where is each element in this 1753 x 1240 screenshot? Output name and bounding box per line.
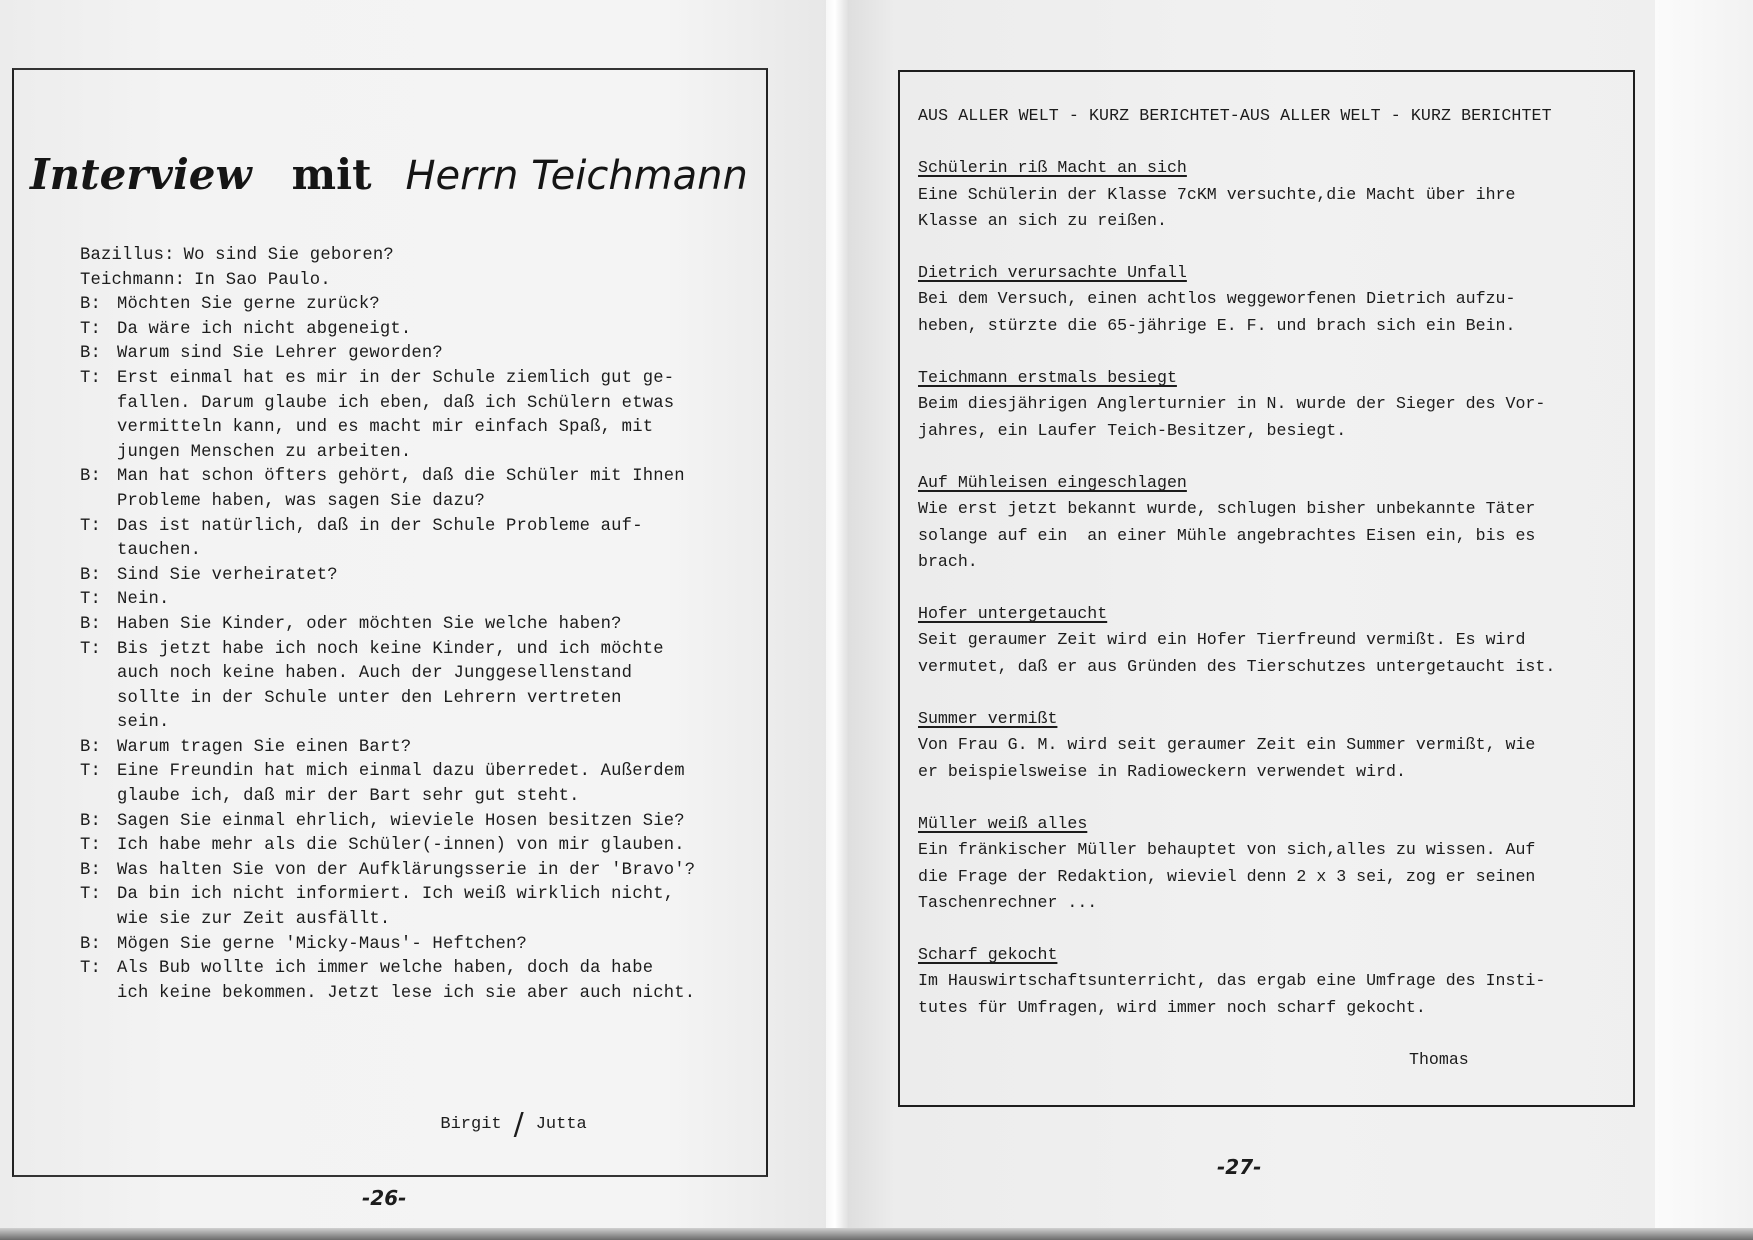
interview-signature: Birgit/Jutta <box>420 1082 587 1136</box>
speaker-label: T: <box>80 318 117 343</box>
speaker-text: Wo sind Sie geboren? <box>184 244 760 269</box>
speaker-label: T: <box>80 638 117 736</box>
speaker-text: In Sao Paulo. <box>194 269 760 294</box>
speaker-text: Das ist natürlich, daß in der Schule Pro… <box>117 515 760 564</box>
news-item: Schülerin riß Macht an sichEine Schüleri… <box>918 155 1618 234</box>
news-item: Scharf gekochtIm Hauswirtschaftsunterric… <box>918 942 1618 1021</box>
interview-line: B:Sind Sie verheiratet? <box>80 564 760 589</box>
speaker-text: Nein. <box>117 588 760 613</box>
interview-line: B:Warum tragen Sie einen Bart? <box>80 736 760 761</box>
speaker-text: Sind Sie verheiratet? <box>117 564 760 589</box>
speaker-label: Bazillus: <box>80 244 175 269</box>
speaker-text: Man hat schon öfters gehört, daß die Sch… <box>117 465 760 514</box>
interview-line: T:Da bin ich nicht informiert. Ich weiß … <box>80 883 760 932</box>
interview-line: Teichmann:In Sao Paulo. <box>80 269 760 294</box>
speaker-text: Eine Freundin hat mich einmal dazu überr… <box>117 760 760 809</box>
speaker-text: Sagen Sie einmal ehrlich, wieviele Hosen… <box>117 810 760 835</box>
news-banner: AUS ALLER WELT - KURZ BERICHTET-AUS ALLE… <box>918 103 1618 129</box>
interview-line: T:Ich habe mehr als die Schüler(-innen) … <box>80 834 760 859</box>
speaker-label: B: <box>80 342 117 367</box>
page-edge <box>1655 0 1753 1240</box>
interview-line: B:Man hat schon öfters gehört, daß die S… <box>80 465 760 514</box>
page-number-left: -26- <box>362 1186 406 1210</box>
speaker-label: T: <box>80 588 117 613</box>
speaker-text: Möchten Sie gerne zurück? <box>117 293 760 318</box>
speaker-text: Mögen Sie gerne 'Micky-Maus'- Heftchen? <box>117 933 760 958</box>
page-number-right: -27- <box>1217 1155 1261 1179</box>
news-item: Summer vermißtVon Frau G. M. wird seit g… <box>918 706 1618 785</box>
news-headline: Scharf gekocht <box>918 942 1057 968</box>
speaker-text: Ich habe mehr als die Schüler(-innen) vo… <box>117 834 760 859</box>
speaker-label: Teichmann: <box>80 269 185 294</box>
speaker-text: Warum sind Sie Lehrer geworden? <box>117 342 760 367</box>
news-body: Bei dem Versuch, einen achtlos weggeworf… <box>918 286 1618 339</box>
speaker-text: Da bin ich nicht informiert. Ich weiß wi… <box>117 883 760 932</box>
news-headline: Auf Mühleisen eingeschlagen <box>918 470 1187 496</box>
speaker-text: Als Bub wollte ich immer welche haben, d… <box>117 957 760 1006</box>
speaker-label: B: <box>80 465 117 514</box>
news-item: Müller weiß allesEin fränkischer Müller … <box>918 811 1618 916</box>
speaker-label: T: <box>80 883 117 932</box>
interview-line: T:Eine Freundin hat mich einmal dazu übe… <box>80 760 760 809</box>
interview-line: B:Was halten Sie von der Aufklärungsseri… <box>80 859 760 884</box>
signature-author-1: Birgit <box>440 1115 501 1134</box>
news-headline: Teichmann erstmals besiegt <box>918 365 1177 391</box>
speaker-text: Was halten Sie von der Aufklärungsserie … <box>117 859 760 884</box>
speaker-label: B: <box>80 810 117 835</box>
speaker-text: Haben Sie Kinder, oder möchten Sie welch… <box>117 613 760 638</box>
interview-line: T:Nein. <box>80 588 760 613</box>
interview-line: B:Sagen Sie einmal ehrlich, wieviele Hos… <box>80 810 760 835</box>
news-headline: Müller weiß alles <box>918 811 1087 837</box>
title-handwritten-name: Herrn Teichmann <box>405 153 747 199</box>
news-column: AUS ALLER WELT - KURZ BERICHTET-AUS ALLE… <box>918 103 1618 1047</box>
speaker-label: B: <box>80 933 117 958</box>
speaker-label: B: <box>80 613 117 638</box>
interview-line: T:Erst einmal hat es mir in der Schule z… <box>80 367 760 465</box>
news-body: Von Frau G. M. wird seit geraumer Zeit e… <box>918 732 1618 785</box>
book-bottom-edge <box>0 1228 1753 1240</box>
news-headline: Dietrich verursachte Unfall <box>918 260 1187 286</box>
speaker-text: Warum tragen Sie einen Bart? <box>117 736 760 761</box>
news-body: Beim diesjährigen Anglerturnier in N. wu… <box>918 391 1618 444</box>
interview-line: T:Da wäre ich nicht abgeneigt. <box>80 318 760 343</box>
speaker-label: T: <box>80 367 117 465</box>
interview-line: T:Das ist natürlich, daß in der Schule P… <box>80 515 760 564</box>
speaker-label: B: <box>80 293 117 318</box>
news-headline: Schülerin riß Macht an sich <box>918 155 1187 181</box>
interview-line: B:Mögen Sie gerne 'Micky-Maus'- Heftchen… <box>80 933 760 958</box>
interview-line: Bazillus:Wo sind Sie geboren? <box>80 244 760 269</box>
news-item: Hofer untergetauchtSeit geraumer Zeit wi… <box>918 601 1618 680</box>
interview-line: B:Möchten Sie gerne zurück? <box>80 293 760 318</box>
news-body: Ein fränkischer Müller behauptet von sic… <box>918 837 1618 916</box>
news-body: Wie erst jetzt bekannt wurde, schlugen b… <box>918 496 1618 575</box>
interview-line: B:Warum sind Sie Lehrer geworden? <box>80 342 760 367</box>
speaker-label: B: <box>80 859 117 884</box>
speaker-text: Bis jetzt habe ich noch keine Kinder, un… <box>117 638 760 736</box>
speaker-text: Erst einmal hat es mir in der Schule zie… <box>117 367 760 465</box>
news-author: Thomas <box>1409 1047 1469 1073</box>
speaker-label: T: <box>80 515 117 564</box>
news-headline: Hofer untergetaucht <box>918 601 1107 627</box>
book-gutter <box>826 0 848 1240</box>
news-body: Seit geraumer Zeit wird ein Hofer Tierfr… <box>918 627 1618 680</box>
speaker-label: B: <box>80 564 117 589</box>
speaker-label: T: <box>80 834 117 859</box>
speaker-label: T: <box>80 957 117 1006</box>
signature-author-2: Jutta <box>536 1115 587 1134</box>
news-items: Schülerin riß Macht an sichEine Schüleri… <box>918 155 1618 1021</box>
speaker-label: T: <box>80 760 117 809</box>
interview-line: B:Haben Sie Kinder, oder möchten Sie wel… <box>80 613 760 638</box>
news-body: Im Hauswirtschaftsunterricht, das ergab … <box>918 968 1618 1021</box>
news-headline: Summer vermißt <box>918 706 1057 732</box>
interview-line: T:Als Bub wollte ich immer welche haben,… <box>80 957 760 1006</box>
interview-line: T:Bis jetzt habe ich noch keine Kinder, … <box>80 638 760 736</box>
title-word-mit: mit <box>292 150 372 199</box>
news-item: Teichmann erstmals besiegtBeim diesjähri… <box>918 365 1618 444</box>
title-word-interview: Interview <box>30 150 252 199</box>
speaker-label: B: <box>80 736 117 761</box>
signature-separator: / <box>514 1107 524 1142</box>
speaker-text: Da wäre ich nicht abgeneigt. <box>117 318 760 343</box>
news-item: Auf Mühleisen eingeschlagenWie erst jetz… <box>918 470 1618 575</box>
interview-transcript: Bazillus:Wo sind Sie geboren?Teichmann:I… <box>80 244 760 1006</box>
page-title: InterviewmitHerrn Teichmann <box>30 150 770 199</box>
news-item: Dietrich verursachte UnfallBei dem Versu… <box>918 260 1618 339</box>
news-body: Eine Schülerin der Klasse 7cKM versuchte… <box>918 182 1618 235</box>
